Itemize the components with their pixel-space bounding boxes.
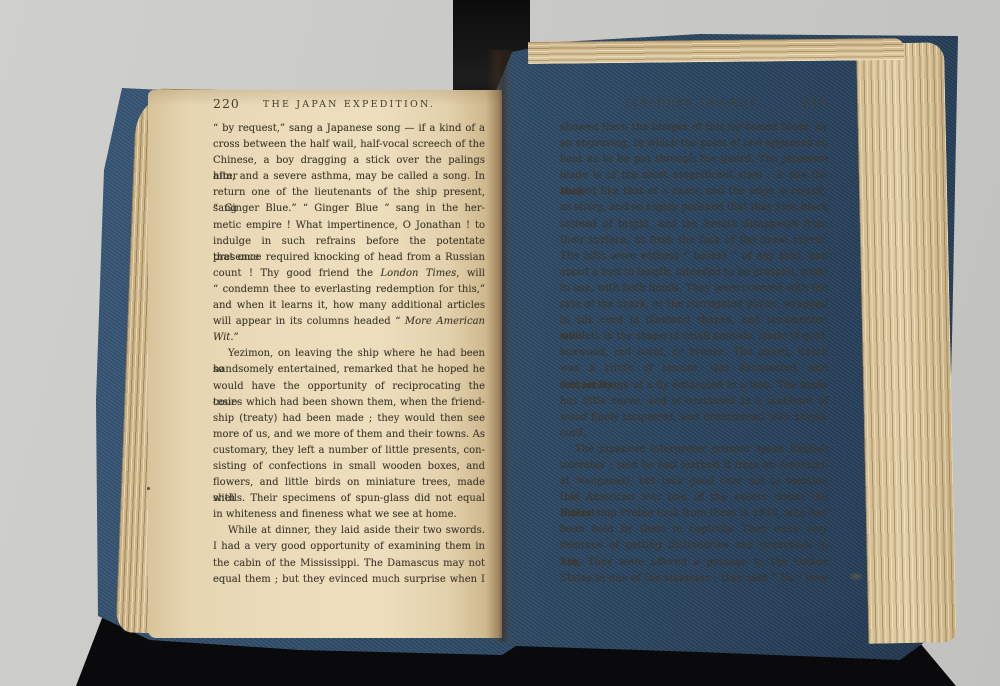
text-line: blade is of the most magnificent steel ;…: [560, 168, 828, 184]
text-line: tesies which had been shown them, when t…: [213, 395, 485, 411]
left-running-header: THE JAPAN EXPEDITION.: [213, 96, 485, 110]
text-line: more of us, and we more of them and thei…: [213, 427, 485, 443]
text-line: The Japanese interpreter present spoke E…: [560, 442, 828, 458]
text-line: will appear in its columns headed “ More…: [213, 314, 485, 330]
text-line: at Nangasaki, but took good care not to …: [560, 474, 828, 490]
text-line: “ Ginger Blue.” “ Ginger Blue ” sang in …: [213, 201, 485, 217]
dust-speck: [147, 487, 150, 490]
text-line: would have the opportunity of reciprocat…: [213, 379, 485, 395]
left-page-lines: “ by request,” sang a Japanese song — if…: [213, 121, 485, 588]
text-line: had an image of a fly entangled in a web…: [560, 378, 828, 394]
left-page: 220 THE JAPAN EXPEDITION. “ by request,”…: [148, 90, 502, 638]
text-line: in use, with both hands. They were cover…: [560, 281, 828, 297]
text-line: amulets in the shape of small animals, m…: [560, 329, 828, 345]
right-page-header: JAPANESE SWORDS. 221: [560, 95, 828, 113]
text-line: sisting of confections in small wooden b…: [213, 459, 485, 475]
text-line: boxwood, red coral, or bronze. The guard…: [560, 345, 828, 361]
right-page-lines: showed them the temper of this far-famed…: [560, 120, 828, 587]
text-line: has little curve, and is contained in a …: [560, 394, 828, 410]
text-line: this American was one of the sailors who…: [560, 490, 828, 506]
text-line: in silk cord in diamond shapes, and orna…: [560, 313, 828, 329]
text-line: shells. Their specimens of spun-glass di…: [213, 491, 485, 507]
text-line: about a foot in length, intended to be g…: [560, 265, 828, 281]
text-line: shaped like that of a razor, and the edg…: [560, 184, 828, 200]
dust-speck: [424, 433, 426, 435]
text-line: the cabin of the Mississippi. The Damasc…: [213, 556, 485, 572]
text-line: customary, they left a number of little …: [213, 443, 485, 459]
text-line: been held by them in captivity. They wer…: [560, 522, 828, 538]
text-line: instead of bright, and the breath disapp…: [560, 217, 828, 233]
right-page-number: 221: [801, 95, 828, 110]
paper-stain: [848, 572, 864, 581]
text-line: States in one of the steamers ; they sai…: [560, 571, 828, 587]
text-line: Wit.”: [213, 330, 485, 346]
text-line: desirous of getting dictionaries and gra…: [560, 538, 828, 554]
text-line: their surface, as from the face of the f…: [560, 233, 828, 249]
text-line: tolerably ; said he had learned it from …: [560, 458, 828, 474]
text-line: cross between the half wail, half-vocal …: [213, 137, 485, 153]
left-page-number: 220: [213, 96, 240, 111]
text-line: bent as to be put through the guard. The…: [560, 152, 828, 168]
text-line: Chinese, a boy dragging a stick over the…: [213, 153, 485, 169]
text-line: Yezimon, on leaving the ship where he ha…: [213, 346, 485, 362]
text-line: an engraving, in which the point of one …: [560, 136, 828, 152]
left-page-header: 220 THE JAPAN EXPEDITION.: [213, 96, 485, 114]
text-line: The hilts were without “ basket ” of any…: [560, 249, 828, 265]
text-line: was a circle of bronze, was decussated, …: [560, 361, 828, 377]
text-line: in whiteness and fineness what we see at…: [213, 507, 485, 523]
text-line: as sharp, and so highly polished that th…: [560, 200, 828, 216]
text-line: lish. They were offered a passage to the…: [560, 555, 828, 571]
text-line: equal them ; but they evinced much surpr…: [213, 572, 485, 588]
text-line: indulge in such refrains before the pote…: [213, 234, 485, 250]
text-line: States ship Preble took from them in 184…: [560, 506, 828, 522]
text-line: metic empire ! What impertinence, O Jona…: [213, 218, 485, 234]
text-line: skin of the shark, or the corrugated pla…: [560, 297, 828, 313]
text-line: return one of the lieutenants of the shi…: [213, 185, 485, 201]
text-line: “ condemn thee to everlasting redemption…: [213, 282, 485, 298]
text-line: cord.: [560, 426, 828, 442]
page-edges-right: [856, 42, 957, 644]
text-line: wood finely lacquered, and ornamented wi…: [560, 410, 828, 426]
text-line: “ by request,” sang a Japanese song — if…: [213, 121, 485, 137]
book-photo-scene: 220 THE JAPAN EXPEDITION. “ by request,”…: [0, 0, 1000, 686]
text-line: flowers, and little birds on miniature t…: [213, 475, 485, 491]
right-page: JAPANESE SWORDS. 221 showed them the tem…: [502, 44, 860, 642]
text-line: showed them the temper of this far-famed…: [560, 120, 828, 136]
text-line: that once required knocking of head from…: [213, 250, 485, 266]
text-line: him, and a severe asthma, may be called …: [213, 169, 485, 185]
text-line: handsomely entertained, remarked that he…: [213, 362, 485, 378]
gutter-shadow: [486, 50, 516, 642]
text-line: I had a very good opportunity of examini…: [213, 539, 485, 555]
text-line: While at dinner, they laid aside their t…: [213, 523, 485, 539]
right-running-header: JAPANESE SWORDS.: [560, 95, 828, 109]
text-line: count ! Thy good friend the London Times…: [213, 266, 485, 282]
text-line: ship (treaty) had been made ; they would…: [213, 411, 485, 427]
text-line: and when it learns it, how many addition…: [213, 298, 485, 314]
